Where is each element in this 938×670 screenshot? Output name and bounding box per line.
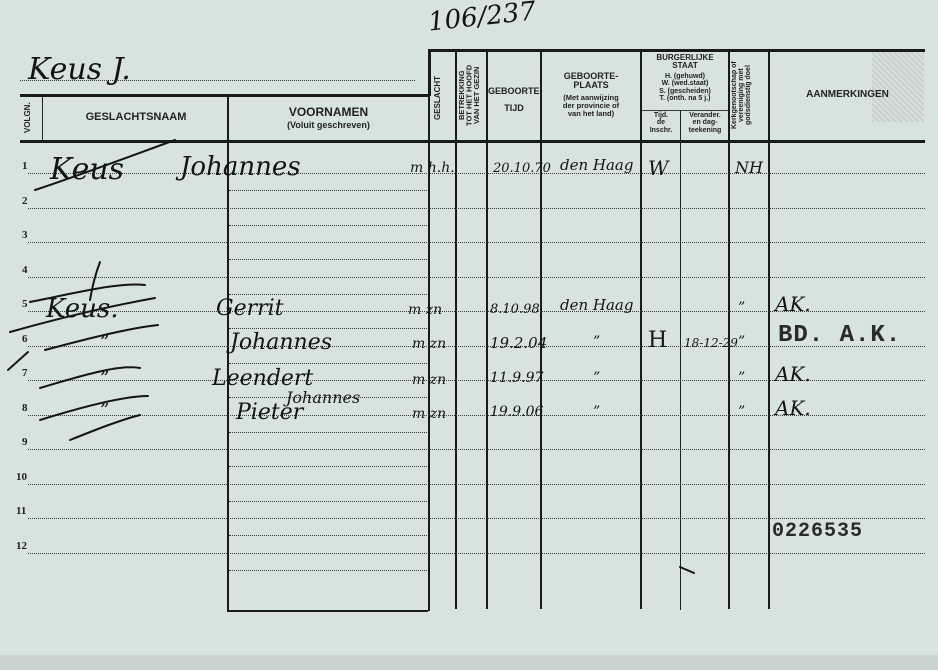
row4-surname: ”: [100, 332, 109, 353]
row4-sex-rel: m zn: [412, 336, 446, 352]
row4-religion: ”: [738, 334, 745, 350]
title-dotted-line: [20, 80, 415, 81]
row-line: [28, 277, 925, 278]
row-number: 6: [22, 333, 28, 345]
header-geboortetijd: GEBOORTE- TIJD: [488, 83, 540, 117]
row-number: 7: [22, 367, 28, 379]
row-line: [28, 242, 925, 243]
row3-place: den Haag: [560, 296, 633, 314]
row-number: 4: [22, 264, 28, 276]
voornamen-subline: [229, 535, 427, 536]
header-burgerlijke-staat: BURGERLIJKE STAAT: [642, 54, 728, 71]
voornamen-subline: [229, 501, 427, 502]
row4-civil: H: [648, 328, 667, 353]
row4-date: 19.2.04: [490, 334, 547, 352]
row-line: [28, 449, 925, 450]
header-geslachtsnaam: GESLACHTSNAAM: [45, 112, 227, 124]
header-betrekking: BETREKKING TOT HET HOOFD VAN HET GEZIN: [458, 52, 484, 138]
row1-given: Johannes: [180, 152, 301, 182]
row6-religion: ”: [738, 404, 745, 420]
serial-number-stamp: 0226535: [772, 520, 863, 543]
voornamen-subline: [229, 363, 427, 364]
row6-given: Pieter: [236, 400, 303, 425]
col-line-burgerlijke: [728, 49, 730, 609]
row-number: 8: [22, 402, 28, 414]
row1-surname: Keus: [50, 152, 124, 187]
row5-remarks: AK.: [775, 362, 811, 386]
reference-number: 106/237: [427, 0, 538, 38]
row-number: 9: [22, 436, 28, 448]
card-bottom-edge: [0, 655, 938, 670]
header-kerkgenootschap: Kerkgenootschap of vereeniging met godsd…: [731, 52, 765, 138]
card-holder-name: Keus J.: [28, 52, 131, 87]
row5-place: ”: [593, 370, 600, 386]
row3-remarks: AK.: [775, 292, 811, 316]
voornamen-subline: [229, 259, 427, 260]
voornamen-subline: [229, 570, 427, 571]
row1-place: den Haag: [560, 156, 633, 174]
voornamen-subline: [229, 225, 427, 226]
row6-place: ”: [593, 404, 600, 420]
col-line-betrekking: [486, 49, 488, 609]
row1-sex-rel: m h.h.: [410, 160, 455, 176]
header-step: [428, 49, 431, 96]
row-number: 1: [22, 160, 28, 172]
row4-civil-change: 18-12-29: [684, 336, 738, 350]
col-line-tijd: [680, 110, 681, 610]
row1-date: 20.10.70: [493, 161, 551, 176]
row1-religion: NH: [735, 158, 763, 177]
scan-artifact: [872, 52, 924, 122]
row3-surname: Keus.: [46, 294, 118, 324]
row-number: 10: [16, 471, 27, 483]
row4-place: ”: [593, 334, 600, 350]
row6-date: 19.9.06: [490, 404, 543, 420]
header-aanmerkingen: AANMERKINGEN: [770, 90, 925, 101]
header-geslacht: GESLACHT: [434, 58, 450, 138]
header-volgn: VOLGN.: [24, 98, 40, 138]
row3-religion: ”: [738, 300, 745, 316]
voornamen-subline: [229, 466, 427, 467]
row-line: [28, 484, 925, 485]
burgerlijke-staat-divider: [642, 110, 728, 111]
row-number: 5: [22, 298, 28, 310]
row1-civil: W: [648, 156, 669, 180]
row-line: [28, 208, 925, 209]
header-geboorteplaats: GEBOORTE- PLAATS: [542, 72, 640, 91]
registry-card: 106/237 Keus J. VOLGN. GESLACHTSNAAM VOO…: [0, 0, 938, 670]
row-number: 3: [22, 229, 28, 241]
row5-sex-rel: m zn: [412, 372, 446, 388]
row-line: [28, 173, 925, 174]
col-line-geboorteplaats: [640, 49, 642, 609]
voornamen-subline: [229, 294, 427, 295]
row6-surname: ”: [100, 400, 109, 421]
header-bottom: [20, 140, 925, 143]
header-voornamen: VOORNAMEN: [229, 106, 428, 119]
row6-sex-rel: m zn: [412, 406, 446, 422]
voornamen-subline: [229, 432, 427, 433]
col-line-geslacht: [455, 49, 457, 609]
col-line-geboortetijd: [540, 49, 542, 609]
row-number: 12: [16, 540, 27, 552]
header-top-right: [428, 49, 925, 52]
row5-surname: ”: [100, 368, 109, 389]
col-line-voornamen-bottom: [227, 610, 428, 612]
header-voornamen-sub: (Voluit geschreven): [229, 121, 428, 130]
row5-date: 11.9.97: [490, 370, 543, 386]
row-number: 11: [16, 505, 26, 517]
row-line: [28, 553, 925, 554]
row4-given: Johannes: [230, 330, 332, 355]
header-tijd-inschr: Tijd. de Inschr.: [641, 112, 681, 134]
row3-given: Gerrit: [216, 296, 284, 321]
col-line-volgn: [42, 96, 43, 140]
row5-religion: ”: [738, 370, 745, 386]
header-burgerlijke-staat-sub: H. (gehuwd) W. (wed.staat) S. (gescheide…: [642, 73, 728, 102]
header-verander: Verander. en dag- teekening: [681, 112, 729, 134]
header-geboorteplaats-sub: (Met aanwijzing der provincie of van het…: [542, 94, 640, 118]
row3-date: 8.10.98: [490, 302, 540, 317]
header-top-left: [20, 94, 430, 97]
voornamen-subline: [229, 328, 427, 329]
row-line: [28, 518, 925, 519]
voornamen-subline: [229, 190, 427, 191]
row4-remarks-stamp: BD. A.K.: [778, 322, 901, 349]
row3-sex-rel: m zn: [408, 302, 442, 318]
row6-remarks: AK.: [775, 396, 811, 420]
row-number: 2: [22, 195, 28, 207]
col-line-kerk: [768, 49, 770, 609]
